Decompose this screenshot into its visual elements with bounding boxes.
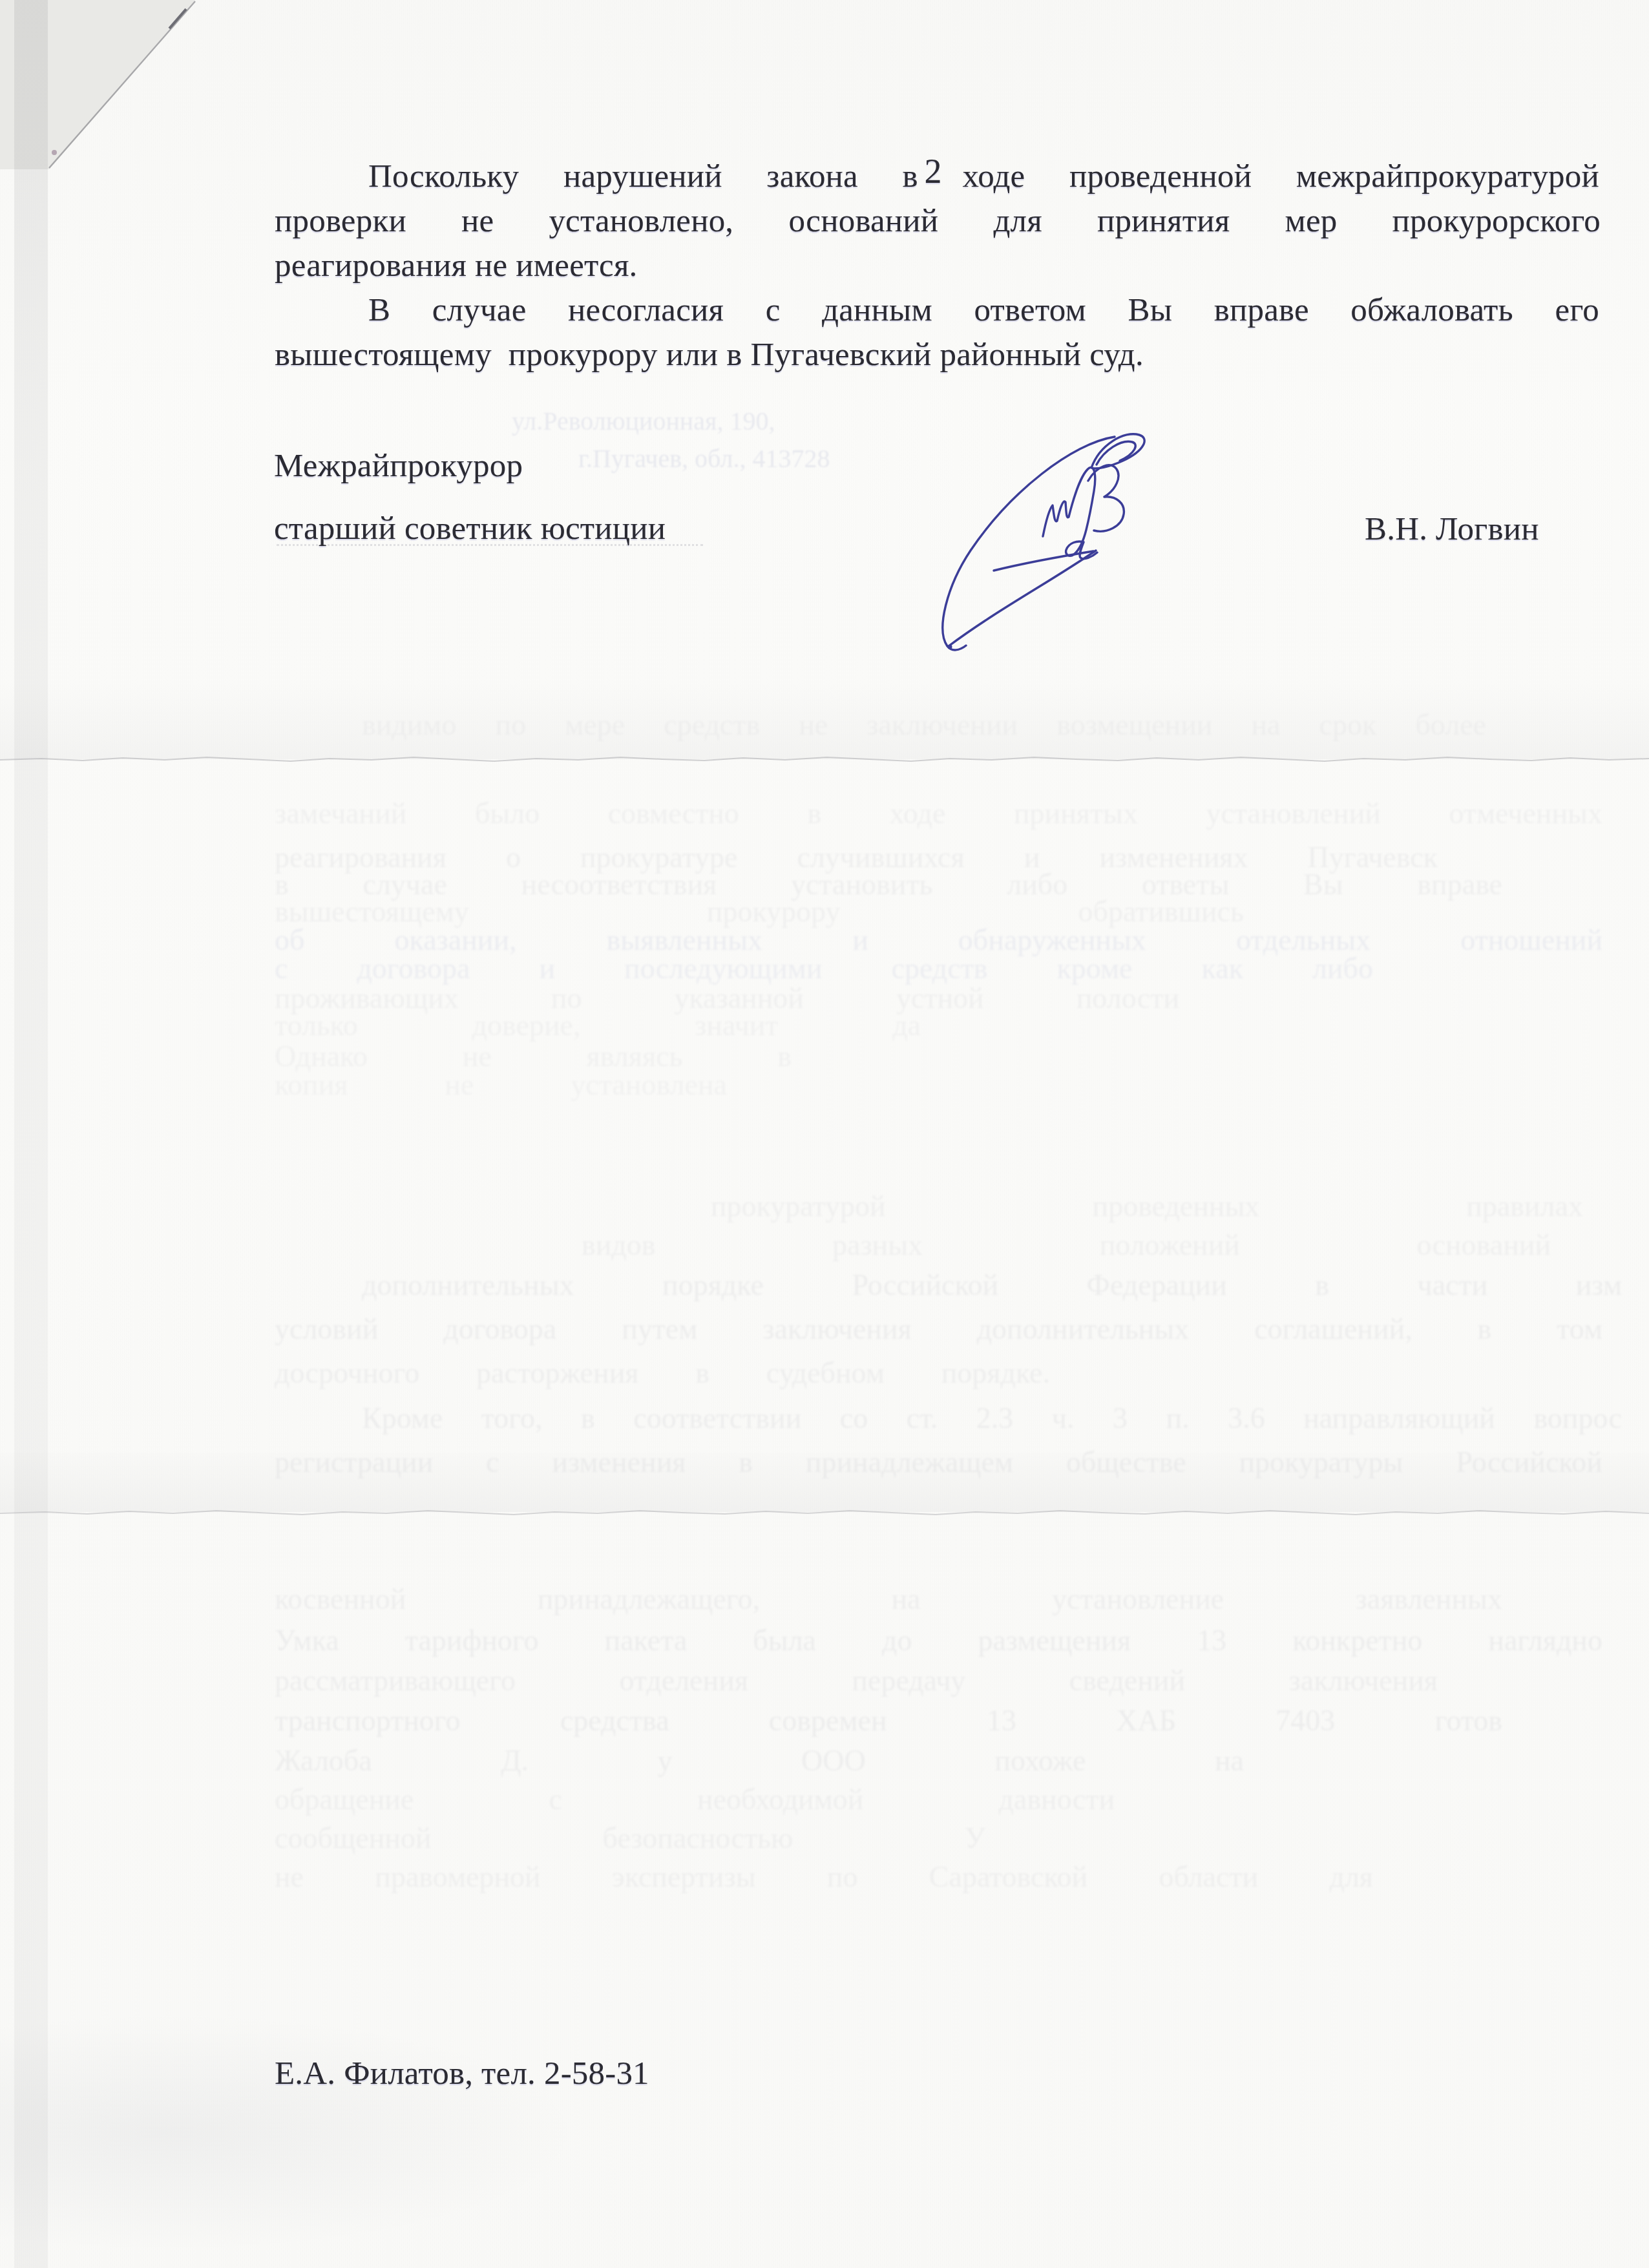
- footer-contact: Е.А. Филатов, тел. 2-58-31: [275, 2052, 649, 2095]
- handwritten-signature: [890, 395, 1213, 673]
- corner-fold-edge: [49, 1, 195, 168]
- signature-strokes: [943, 434, 1144, 650]
- body-paragraph2-line2: вышестоящему прокурору или в Пугачевский…: [275, 333, 1144, 377]
- fold-crease-line-1: [0, 757, 1649, 761]
- body-paragraph1-line2: проверки не установлено, оснований для п…: [275, 200, 1601, 243]
- signature-ink-dot: [948, 645, 952, 649]
- fold-crease-line-2: [0, 1511, 1649, 1515]
- body-paragraph1-line1: Поскольку нарушений закона в ходе провед…: [368, 155, 1599, 198]
- ink-speck: [52, 150, 57, 155]
- body-paragraph2-line1: В случае несогласия с данным ответом Вы …: [368, 289, 1599, 332]
- body-paragraph1-line3: реагирования не имеется.: [275, 244, 638, 288]
- signoff-title-line1: Межрайпрокурор: [274, 445, 523, 488]
- paper-background: ул.Революционная, 190, г.Пугачев, обл., …: [0, 0, 1649, 2268]
- scanned-letter-page: { "page": { "number": "2" }, "body": { "…: [0, 0, 1649, 2268]
- signoff-name: В.Н. Логвин: [1365, 508, 1539, 551]
- corner-fold-dark-notch: [169, 9, 186, 28]
- signoff-title-line2: старший советник юстиции: [274, 507, 666, 551]
